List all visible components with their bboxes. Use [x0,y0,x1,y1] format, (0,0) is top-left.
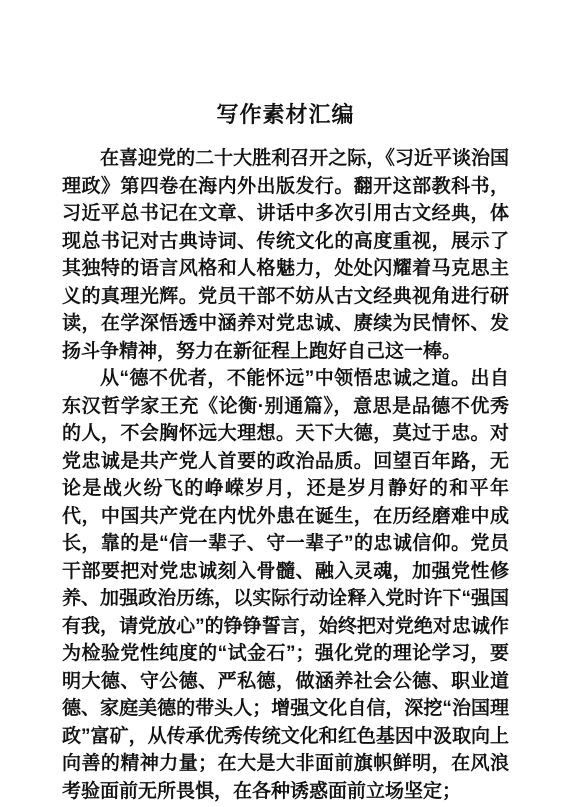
paragraph-loyalty: 从“德不优者，不能怀远”中领悟忠诚之道。出自东汉哲学家王充《论衡·别通篇》，意思… [62,365,509,805]
document-page: 写作素材汇编 在喜迎党的二十大胜利召开之际，《习近平谈治国理政》第四卷在海内外出… [0,0,570,807]
paragraph-intro: 在喜迎党的二十大胜利召开之际，《习近平谈治国理政》第四卷在海内外出版发行。翻开这… [62,145,509,365]
page-title: 写作素材汇编 [62,100,509,130]
document-content: 写作素材汇编 在喜迎党的二十大胜利召开之际，《习近平谈治国理政》第四卷在海内外出… [62,100,509,805]
